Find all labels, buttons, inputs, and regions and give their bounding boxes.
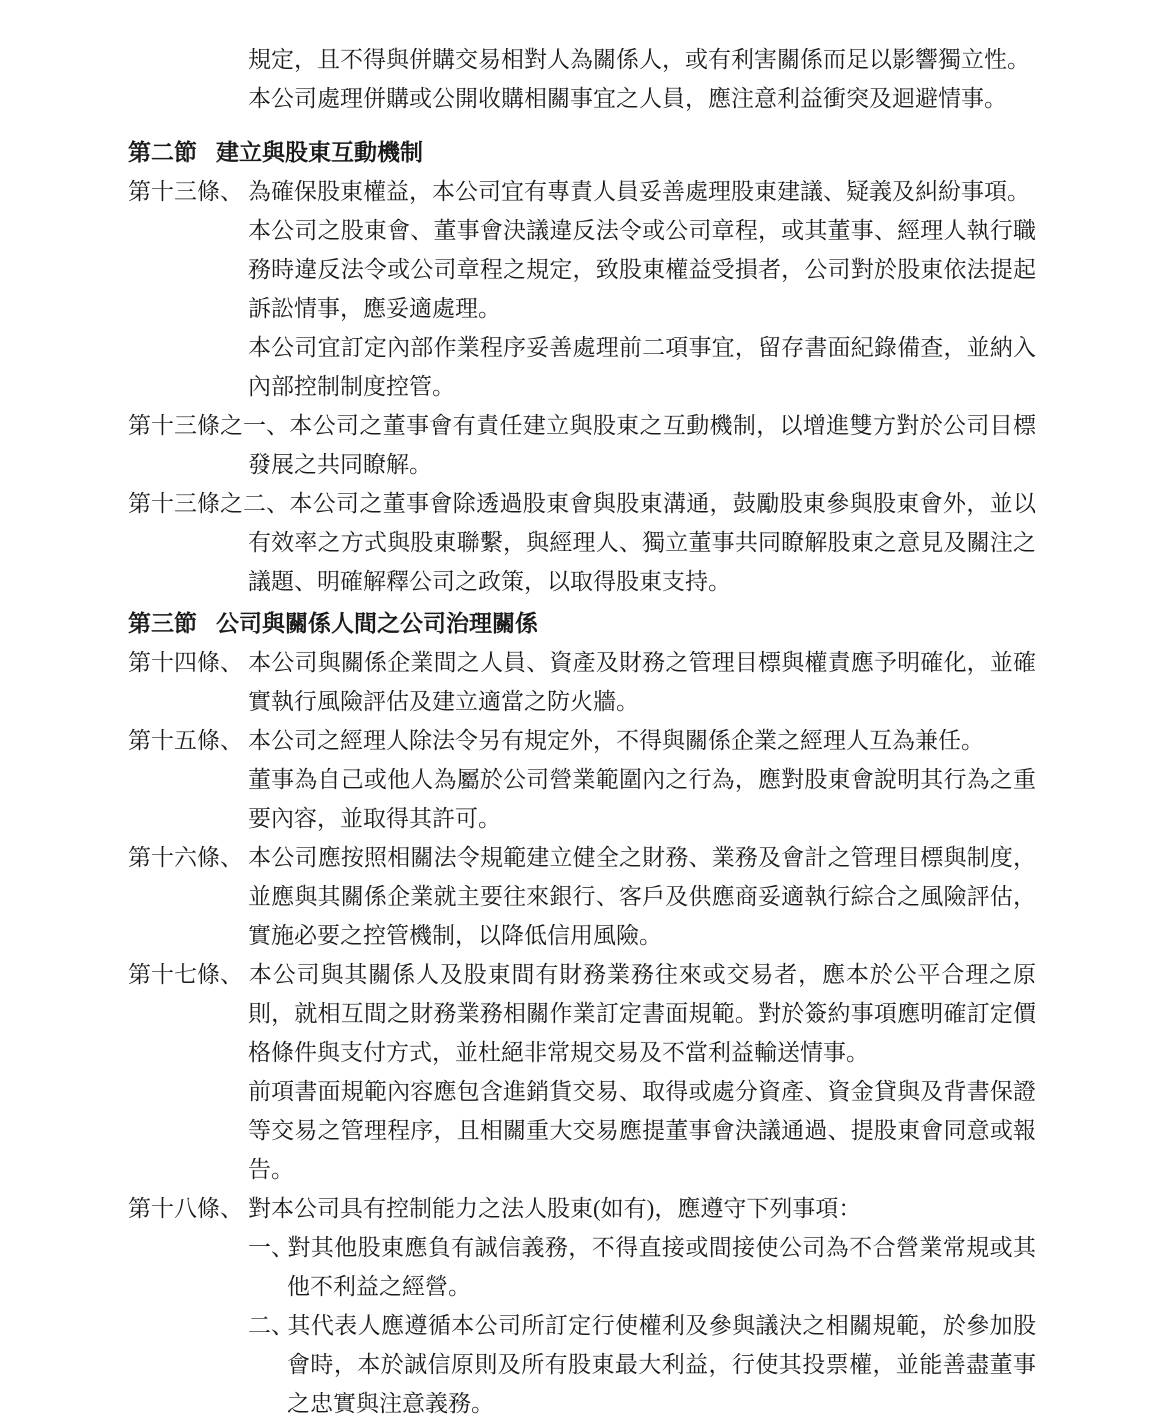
section-number: 第二節 — [128, 140, 197, 165]
list-item-marker: 一、 — [248, 1228, 287, 1267]
continuation-block: 規定，且不得與併購交易相對人為關係人，或有利害關係而足以影響獨立性。本公司處理併… — [128, 40, 1036, 118]
article-label: 第十七條、 — [128, 955, 248, 994]
list-item-text: 其代表人應遵循本公司所訂定行使權利及參與議決之相關規範，於參加股會時，本於誠信原… — [287, 1313, 1036, 1416]
article-paragraph-text: 前項書面規範內容應包含進銷貨交易、取得或處分資產、資金貸與及背書保證等交易之管理… — [248, 1079, 1036, 1182]
article: 第十四條、本公司與關係企業間之人員、資產及財務之管理目標與權責應予明確化，並確實… — [128, 643, 1036, 721]
article-paragraph-text: 本公司之股東會、董事會決議違反法令或公司章程，或其董事、經理人執行職務時違反法令… — [248, 218, 1036, 321]
article-paragraph: 本公司之股東會、董事會決議違反法令或公司章程，或其董事、經理人執行職務時違反法令… — [128, 211, 1036, 328]
document-page: 規定，且不得與併購交易相對人為關係人，或有利害關係而足以影響獨立性。本公司處理併… — [0, 0, 1154, 1421]
article-paragraph: 第十八條、對本公司具有控制能力之法人股東(如有)，應遵守下列事項： — [128, 1189, 1036, 1228]
article-paragraph-text: 為確保股東權益，本公司宜有專責人員妥善處理股東建議、疑義及糾紛事項。 — [248, 179, 1030, 204]
article-paragraph: 第十五條、本公司之經理人除法令另有規定外，不得與關係企業之經理人互為兼任。 — [128, 721, 1036, 760]
article-paragraph-text: 本公司與關係企業間之人員、資產及財務之管理目標與權責應予明確化，並確實執行風險評… — [248, 650, 1036, 714]
article: 第十六條、本公司應按照相關法令規範建立健全之財務、業務及會計之管理目標與制度，並… — [128, 838, 1036, 955]
article-paragraph-text: 本公司之經理人除法令另有規定外，不得與關係企業之經理人互為兼任。 — [248, 728, 984, 753]
article-paragraph-text: 本公司之董事會有責任建立與股東之互動機制，以增進雙方對於公司目標發展之共同瞭解。 — [248, 413, 1036, 477]
section-title: 公司與關係人間之公司治理關係 — [216, 611, 538, 636]
article: 第十七條、本公司與其關係人及股東間有財務業務往來或交易者，應本於公平合理之原則，… — [128, 955, 1036, 1189]
article-paragraph: 董事為自己或他人為屬於公司營業範圍內之行為，應對股東會說明其行為之重要內容，並取… — [128, 760, 1036, 838]
article-paragraph: 前項書面規範內容應包含進銷貨交易、取得或處分資產、資金貸與及背書保證等交易之管理… — [128, 1072, 1036, 1189]
article-paragraph-text: 本公司宜訂定內部作業程序妥善處理前二項事宜，留存書面紀錄備查，並納入內部控制制度… — [248, 335, 1036, 399]
list-item-text: 對其他股東應負有誠信義務，不得直接或間接使公司為不合營業常規或其他不利益之經營。 — [287, 1235, 1036, 1299]
article-paragraph: 第十三條、為確保股東權益，本公司宜有專責人員妥善處理股東建議、疑義及糾紛事項。 — [128, 172, 1036, 211]
article-label: 第十三條、 — [128, 172, 248, 211]
continuation-paragraph: 本公司處理併購或公開收購相關事宜之人員，應注意利益衝突及迴避情事。 — [128, 79, 1036, 118]
article: 第十三條、為確保股東權益，本公司宜有專責人員妥善處理股東建議、疑義及糾紛事項。本… — [128, 172, 1036, 406]
article-paragraph-text: 本公司與其關係人及股東間有財務業務往來或交易者，應本於公平合理之原則，就相互間之… — [248, 962, 1036, 1065]
list-item: 一、對其他股東應負有誠信義務，不得直接或間接使公司為不合營業常規或其他不利益之經… — [248, 1228, 1036, 1306]
list-item: 二、其代表人應遵循本公司所訂定行使權利及參與議決之相關規範，於參加股會時，本於誠… — [248, 1306, 1036, 1421]
article-paragraph-text: 本公司應按照相關法令規範建立健全之財務、業務及會計之管理目標與制度，並應與其關係… — [248, 845, 1036, 948]
article-paragraph: 本公司宜訂定內部作業程序妥善處理前二項事宜，留存書面紀錄備查，並納入內部控制制度… — [128, 328, 1036, 406]
list-item-marker: 二、 — [248, 1306, 287, 1345]
article-paragraph: 第十三條之二、本公司之董事會除透過股東會與股東溝通，鼓勵股東參與股東會外，並以有… — [128, 484, 1036, 601]
article-label: 第十五條、 — [128, 721, 248, 760]
section-heading: 第三節公司與關係人間之公司治理關係 — [128, 604, 1036, 643]
article-paragraph-text: 對本公司具有控制能力之法人股東(如有)，應遵守下列事項： — [248, 1196, 861, 1221]
article: 第十三條之二、本公司之董事會除透過股東會與股東溝通，鼓勵股東參與股東會外，並以有… — [128, 484, 1036, 601]
section-heading: 第二節建立與股東互動機制 — [128, 133, 1036, 172]
section-number: 第三節 — [128, 611, 197, 636]
article-label: 第十三條之一、 — [128, 406, 289, 445]
article-paragraph: 第十七條、本公司與其關係人及股東間有財務業務往來或交易者，應本於公平合理之原則，… — [128, 955, 1036, 1072]
article: 第十五條、本公司之經理人除法令另有規定外，不得與關係企業之經理人互為兼任。董事為… — [128, 721, 1036, 838]
article-paragraph: 第十四條、本公司與關係企業間之人員、資產及財務之管理目標與權責應予明確化，並確實… — [128, 643, 1036, 721]
article-label: 第十六條、 — [128, 838, 248, 877]
article-label: 第十四條、 — [128, 643, 248, 682]
article-paragraph-text: 董事為自己或他人為屬於公司營業範圍內之行為，應對股東會說明其行為之重要內容，並取… — [248, 767, 1036, 831]
article-paragraph: 第十六條、本公司應按照相關法令規範建立健全之財務、業務及會計之管理目標與制度，並… — [128, 838, 1036, 955]
continuation-paragraph: 規定，且不得與併購交易相對人為關係人，或有利害關係而足以影響獨立性。 — [128, 40, 1036, 79]
article: 第十三條之一、本公司之董事會有責任建立與股東之互動機制，以增進雙方對於公司目標發… — [128, 406, 1036, 484]
article: 第十八條、對本公司具有控制能力之法人股東(如有)，應遵守下列事項：一、對其他股東… — [128, 1189, 1036, 1421]
article-paragraph: 第十三條之一、本公司之董事會有責任建立與股東之互動機制，以增進雙方對於公司目標發… — [128, 406, 1036, 484]
article-paragraph-text: 本公司之董事會除透過股東會與股東溝通，鼓勵股東參與股東會外，並以有效率之方式與股… — [248, 491, 1036, 594]
section-title: 建立與股東互動機制 — [216, 140, 423, 165]
article-label: 第十三條之二、 — [128, 484, 289, 523]
article-label: 第十八條、 — [128, 1189, 248, 1228]
